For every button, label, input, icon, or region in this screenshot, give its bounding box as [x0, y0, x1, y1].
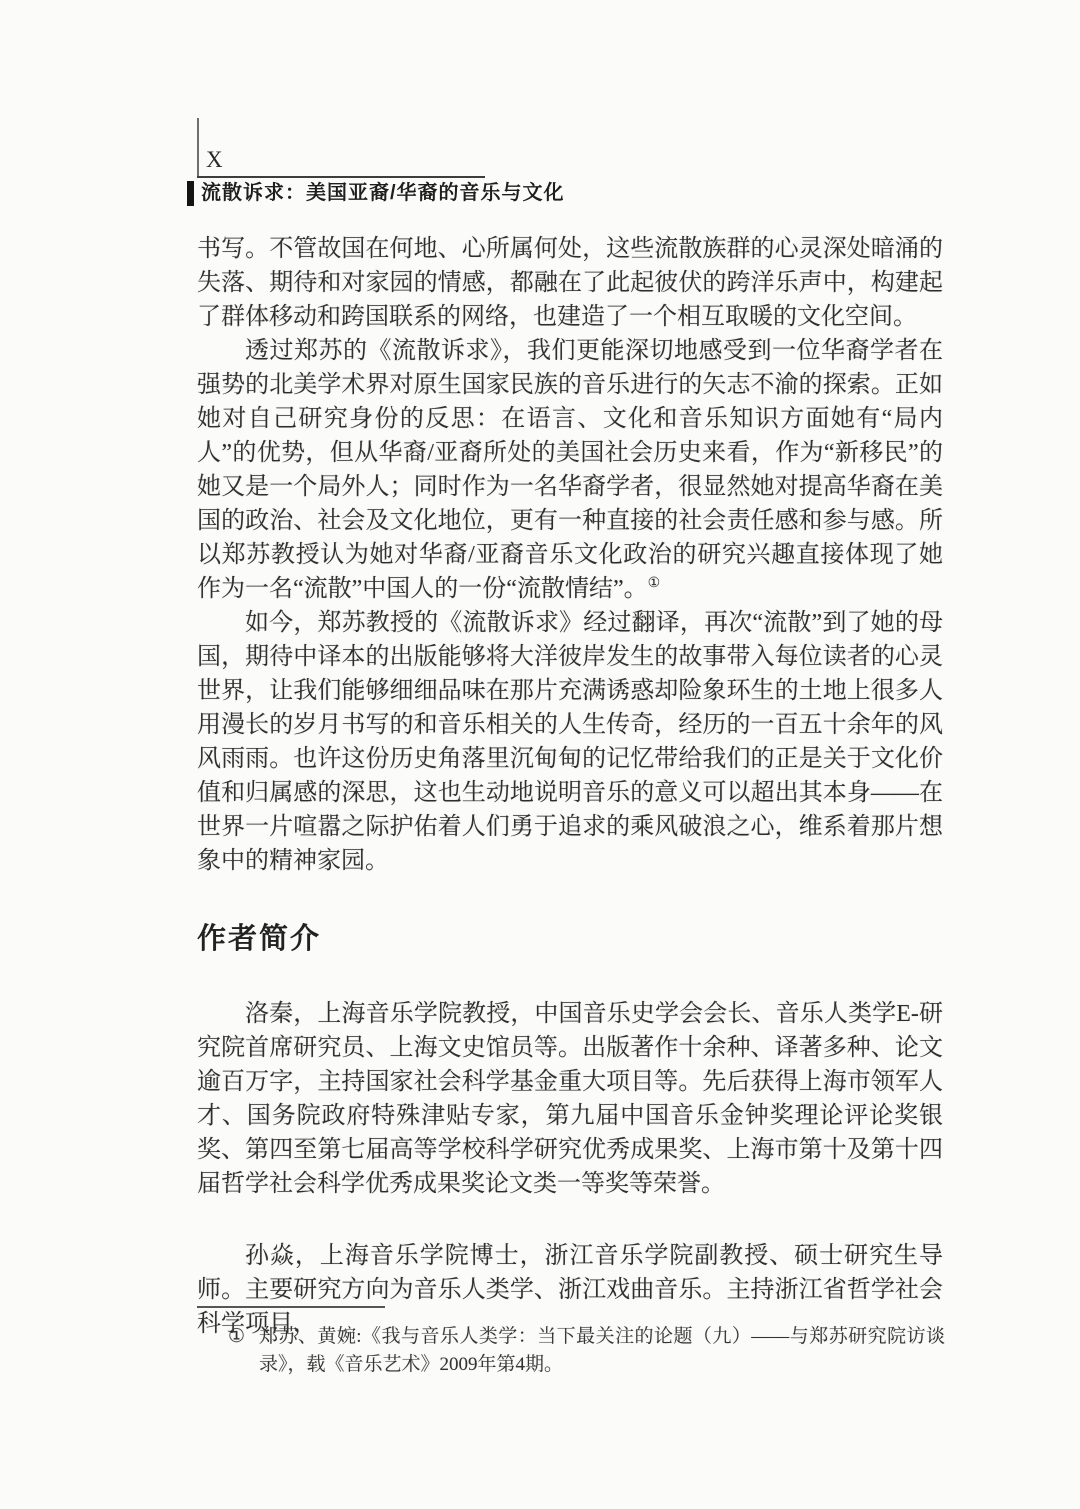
page-number: X — [206, 146, 223, 174]
author-paragraph-luoqin-text: 洛秦，上海音乐学院教授，中国音乐史学会会长、音乐人类学E-研究院首席研究员、上海… — [197, 1001, 943, 1197]
footnote-row: ① 郑苏、黄婉:《我与音乐人类学：当下最关注的论题（九）——与郑苏研究院访谈录》… — [197, 1323, 945, 1379]
body-paragraph-1-text: 书写。不管故国在何地、心所属何处，这些流散族群的心灵深处暗涌的失落、期待和对家园… — [197, 236, 943, 330]
footnote-block: ① 郑苏、黄婉:《我与音乐人类学：当下最关注的论题（九）——与郑苏研究院访谈录》… — [197, 1306, 945, 1379]
body-paragraph-1: 书写。不管故国在何地、心所属何处，这些流散族群的心灵深处暗涌的失落、期待和对家园… — [197, 232, 943, 334]
running-title-bar — [187, 181, 194, 206]
body-paragraph-2: 透过郑苏的《流散诉求》，我们更能深切地感受到一位华裔学者在强势的北美学术界对原生… — [197, 334, 943, 606]
body-paragraph-2-text: 透过郑苏的《流散诉求》，我们更能深切地感受到一位华裔学者在强势的北美学术界对原生… — [197, 338, 943, 602]
header-vertical-rule — [197, 118, 199, 176]
book-page: X 流散诉求：美国亚裔/华裔的音乐与文化 书写。不管故国在何地、心所属何处，这些… — [0, 0, 1080, 1509]
body-paragraph-3: 如今，郑苏教授的《流散诉求》经过翻译，再次“流散”到了她的母国，期待中译本的出版… — [197, 606, 943, 878]
footnote-marker: ① — [228, 1323, 259, 1379]
footnote-text: 郑苏、黄婉:《我与音乐人类学：当下最关注的论题（九）——与郑苏研究院访谈录》，载… — [259, 1323, 945, 1379]
footnote-reference-mark: ① — [648, 576, 661, 591]
page-header: X 流散诉求：美国亚裔/华裔的音乐与文化 — [197, 118, 947, 210]
header-horizontal-rule — [197, 176, 485, 178]
body-paragraph-3-text: 如今，郑苏教授的《流散诉求》经过翻译，再次“流散”到了她的母国，期待中译本的出版… — [197, 610, 943, 874]
section-heading-author-intro: 作者简介 — [197, 922, 943, 957]
running-title: 流散诉求：美国亚裔/华裔的音乐与文化 — [201, 181, 565, 206]
footnote-separator-rule — [197, 1306, 385, 1308]
author-paragraph-luoqin: 洛秦，上海音乐学院教授，中国音乐史学会会长、音乐人类学E-研究院首席研究员、上海… — [197, 997, 943, 1201]
text-column: 书写。不管故国在何地、心所属何处，这些流散族群的心灵深处暗涌的失落、期待和对家园… — [197, 232, 943, 1341]
running-title-row: 流散诉求：美国亚裔/华裔的音乐与文化 — [187, 181, 565, 206]
